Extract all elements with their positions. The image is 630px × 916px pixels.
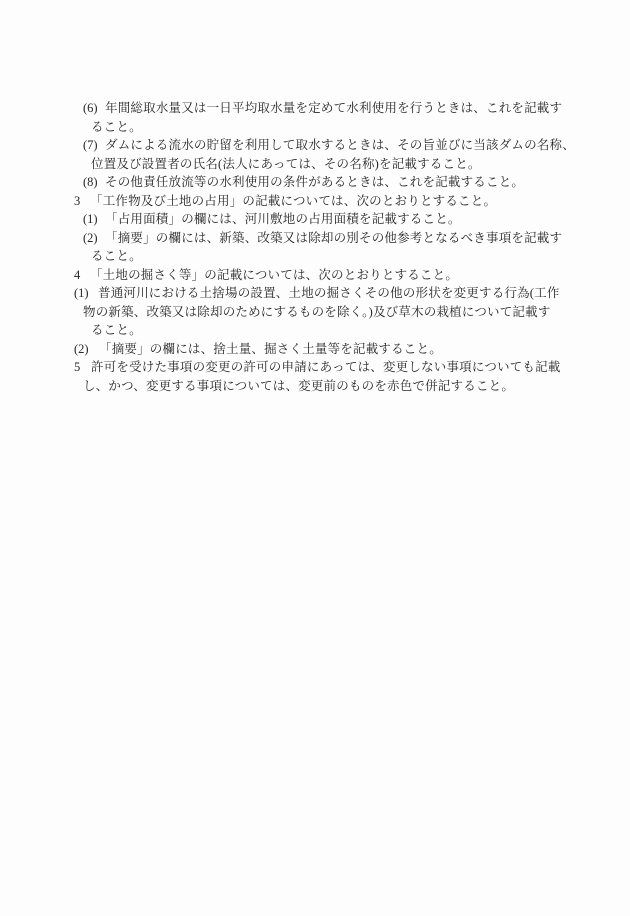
document-line: (8)その他責任放流等の水利使用の条件があるときは、これを記載すること。 — [0, 173, 630, 192]
line-text: 「摘要」の欄には、新築、改築又は除却の別その他参考となるべき事項を記載す — [105, 231, 562, 245]
document-line: 位置及び設置者の氏名(法人にあっては、その名称)を記載すること。 — [0, 155, 630, 174]
line-text: ダムによる流水の貯留を利用して取水するときは、その旨並びに当該ダムの名称、 — [105, 138, 575, 152]
line-text: 「土地の掘さく等」の記載については、次のとおりとすること。 — [90, 268, 458, 282]
line-text: 許可を受けた事項の変更の許可の申請にあっては、変更しない事項についても記載 — [91, 360, 561, 374]
line-text: 「工作物及び土地の占用」の記載については、次のとおりとすること。 — [90, 194, 496, 208]
line-text: 「摘要」の欄には、捨土量、掘さく土量等を記載すること。 — [99, 342, 442, 356]
document-line: 4「土地の掘さく等」の記載については、次のとおりとすること。 — [0, 266, 630, 285]
list-marker: 5 — [74, 358, 91, 377]
line-text: 年間総取水量又は一日平均取水量を定めて水利使用を行うときは、これを記載す — [105, 101, 562, 115]
document-line: 物の新築、改築又は除却のためにするものを除く。)及び草木の栽植について記載す — [0, 303, 630, 322]
line-text: ること。 — [91, 120, 142, 134]
document-line: ること。 — [0, 118, 630, 137]
line-text: し、かつ、変更する事項については、変更前のものを赤色で併記すること。 — [83, 379, 514, 393]
list-marker: 3 — [74, 192, 90, 211]
document-line: (2)「摘要」の欄には、捨土量、掘さく土量等を記載すること。 — [0, 340, 630, 359]
list-marker: (2) — [74, 340, 99, 359]
list-marker: (1) — [83, 210, 105, 229]
document-line: ること。 — [0, 321, 630, 340]
line-text: 物の新築、改築又は除却のためにするものを除く。)及び草木の栽植について記載す — [83, 305, 551, 319]
list-marker: (1) — [74, 284, 98, 303]
line-text: ること。 — [91, 323, 142, 337]
line-text: 普通河川における土捨場の設置、土地の掘さくその他の形状を変更する行為(工作 — [98, 286, 560, 300]
list-marker: 4 — [74, 266, 90, 285]
list-marker: (7) — [83, 136, 105, 155]
document-line: (2)「摘要」の欄には、新築、改築又は除却の別その他参考となるべき事項を記載す — [0, 229, 630, 248]
document-text-block: (6)年間総取水量又は一日平均取水量を定めて水利使用を行うときは、これを記載する… — [0, 99, 630, 395]
document-line: (7)ダムによる流水の貯留を利用して取水するときは、その旨並びに当該ダムの名称、 — [0, 136, 630, 155]
document-line: (1)普通河川における土捨場の設置、土地の掘さくその他の形状を変更する行為(工作 — [0, 284, 630, 303]
line-text: ること。 — [91, 249, 142, 263]
line-text: 位置及び設置者の氏名(法人にあっては、その名称)を記載すること。 — [91, 157, 481, 171]
document-page: (6)年間総取水量又は一日平均取水量を定めて水利使用を行うときは、これを記載する… — [0, 0, 630, 916]
line-text: 「占用面積」の欄には、河川敷地の占用面積を記載すること。 — [105, 212, 461, 226]
document-line: 3「工作物及び土地の占用」の記載については、次のとおりとすること。 — [0, 192, 630, 211]
document-line: し、かつ、変更する事項については、変更前のものを赤色で併記すること。 — [0, 377, 630, 396]
document-line: 5許可を受けた事項の変更の許可の申請にあっては、変更しない事項についても記載 — [0, 358, 630, 377]
document-line: ること。 — [0, 247, 630, 266]
document-line: (1)「占用面積」の欄には、河川敷地の占用面積を記載すること。 — [0, 210, 630, 229]
line-text: その他責任放流等の水利使用の条件があるときは、これを記載すること。 — [105, 175, 524, 189]
document-line: (6)年間総取水量又は一日平均取水量を定めて水利使用を行うときは、これを記載す — [0, 99, 630, 118]
list-marker: (8) — [83, 173, 105, 192]
list-marker: (2) — [83, 229, 105, 248]
list-marker: (6) — [83, 99, 105, 118]
